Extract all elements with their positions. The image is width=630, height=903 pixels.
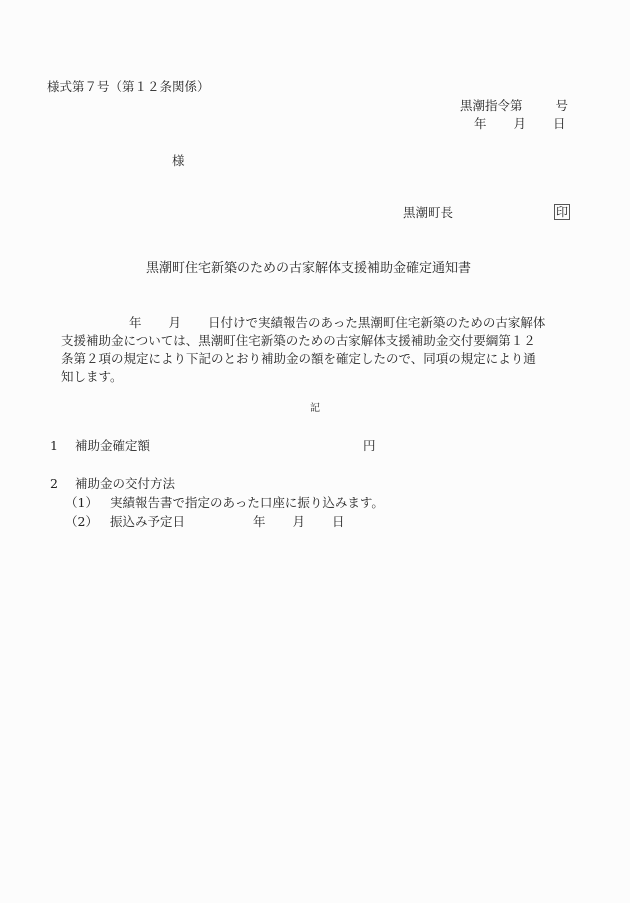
reference-number-prefix: 黒潮指令第	[460, 98, 523, 113]
body-date-year: 年	[129, 315, 142, 330]
sub-2-label: 振込み予定日	[110, 514, 185, 529]
body-date-month: 月	[169, 315, 182, 330]
sub-2-day: 日	[332, 514, 345, 529]
body-line-3: 条第２項の規定により下記のとおり補助金の額を確定したので、同項の規定により通	[61, 350, 589, 368]
body-line-2: 支援補助金については、黒潮町住宅新築のための古家解体支援補助金交付要綱第１２	[61, 332, 589, 350]
item-2-label: 補助金の交付方法	[75, 476, 175, 491]
body-line-4: 知します。	[61, 368, 589, 386]
sub-2-number: （2）	[65, 514, 98, 529]
item-2-sub-1: （1）実績報告書で指定のあった口座に振り込みます。	[65, 497, 384, 510]
item-1-unit: 円	[363, 440, 376, 453]
form-number: 様式第７号（第１２条関係）	[47, 81, 210, 94]
sub-1-text: 実績報告書で指定のあった口座に振り込みます。	[110, 495, 384, 510]
item-2: 2補助金の交付方法	[50, 478, 175, 491]
issuer-name: 黒潮町長	[403, 207, 453, 220]
seal-stamp: 印	[554, 204, 570, 220]
body-paragraph: 年月日付けで実績報告のあった黒潮町住宅新築のための古家解体 支援補助金については…	[61, 314, 589, 386]
reference-date-month: 月	[514, 116, 527, 131]
reference-date: 年月日	[474, 118, 566, 131]
sub-2-year: 年	[253, 514, 266, 529]
item-2-sub-2: （2）振込み予定日年月日	[65, 516, 345, 529]
addressee-suffix: 様	[172, 155, 185, 168]
reference-date-year: 年	[474, 116, 487, 131]
item-1-number: 1	[50, 438, 58, 453]
reference-date-day: 日	[553, 116, 566, 131]
item-1-label: 補助金確定額	[75, 438, 150, 453]
item-2-number: 2	[50, 476, 58, 491]
sub-1-number: （1）	[65, 495, 98, 510]
item-1: 1補助金確定額	[50, 440, 150, 453]
document-title: 黒潮町住宅新築のための古家解体支援補助金確定通知書	[146, 262, 471, 275]
reference-number: 黒潮指令第号	[460, 100, 568, 113]
body-line-1: 年月日付けで実績報告のあった黒潮町住宅新築のための古家解体	[61, 314, 589, 332]
sub-2-month: 月	[292, 514, 305, 529]
reference-number-suffix: 号	[556, 98, 569, 113]
ki-heading: 記	[310, 404, 320, 414]
